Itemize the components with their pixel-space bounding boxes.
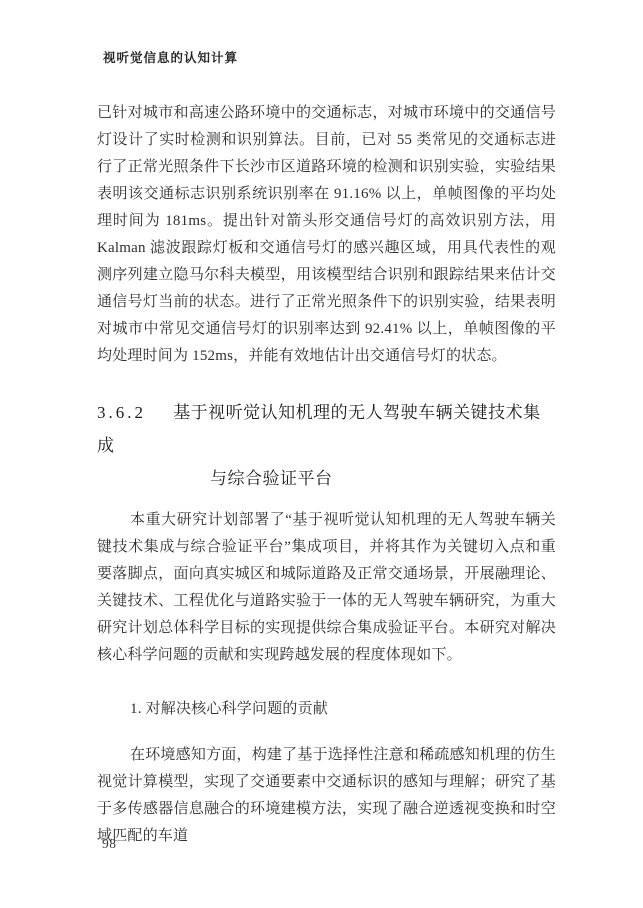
section-title-line1: 基于视听觉认知机理的无人驾驶车辆关键技术集成 bbox=[97, 403, 541, 455]
page-number: 98 bbox=[102, 836, 117, 852]
paragraph-project-overview: 本重大研究计划部署了“基于视听觉认知机理的无人驾驶车辆关键技术集成与综合验证平台… bbox=[97, 507, 556, 669]
page-body: 已针对城市和高速公路环境中的交通标志，对城市环境中的交通信号灯设计了实时检测和识… bbox=[97, 100, 556, 850]
section-heading: 3.6.2基于视听觉认知机理的无人驾驶车辆关键技术集成 与综合验证平台 bbox=[97, 396, 556, 495]
running-header: 视听觉信息的认知计算 bbox=[103, 48, 238, 66]
section-title-line2: 与综合验证平台 bbox=[210, 462, 556, 495]
document-page: 视听觉信息的认知计算 已针对城市和高速公路环境中的交通标志，对城市环境中的交通信… bbox=[0, 0, 643, 908]
subheading-core-science-contribution: 1. 对解决核心科学问题的贡献 bbox=[97, 696, 556, 723]
section-number: 3.6.2 bbox=[97, 403, 146, 422]
paragraph-traffic-sign-recognition: 已针对城市和高速公路环境中的交通标志，对城市环境中的交通信号灯设计了实时检测和识… bbox=[97, 100, 556, 370]
paragraph-environment-perception: 在环境感知方面，构建了基于选择性注意和稀疏感知机理的仿生视觉计算模型，实现了交通… bbox=[97, 742, 556, 850]
